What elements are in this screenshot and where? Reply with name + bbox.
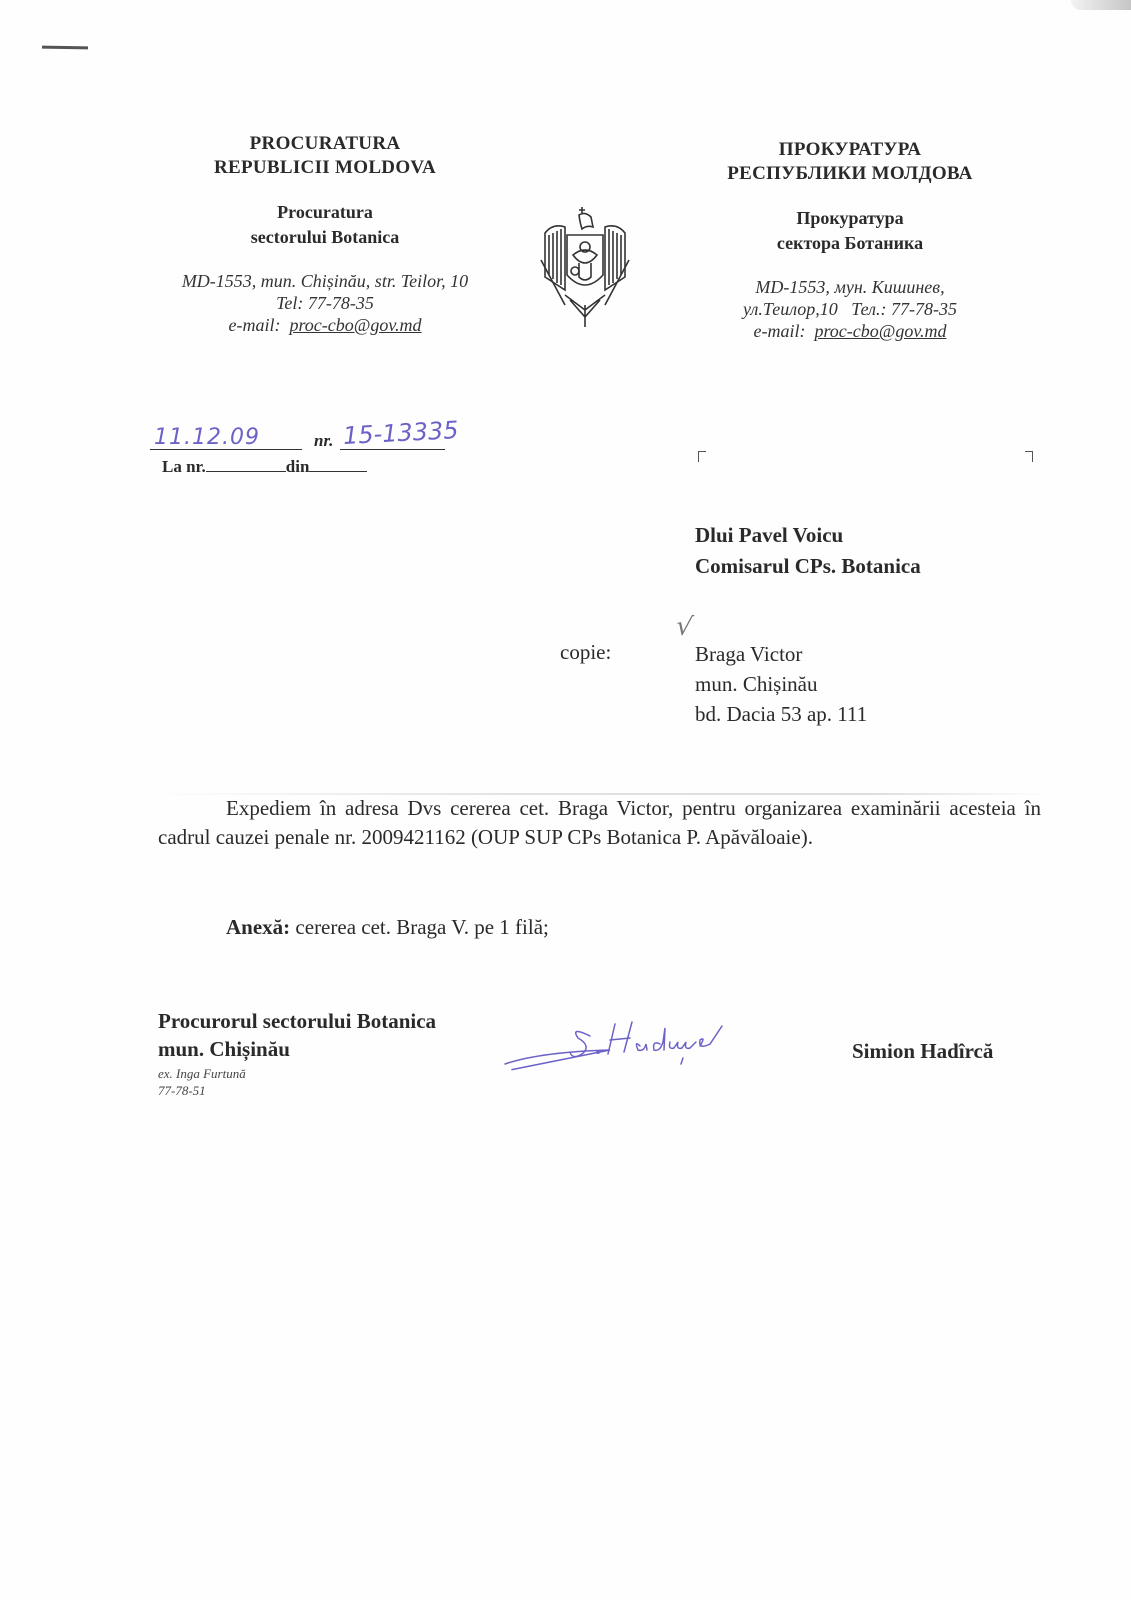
department-ru: Прокуратура сектора Ботаника bbox=[690, 206, 1010, 256]
header-russian: ПРОКУРАТУРА РЕСПУБЛИКИ МОЛДОВА Прокурату… bbox=[690, 138, 1010, 342]
handwritten-reg-number: 15-13335 bbox=[342, 416, 459, 450]
address-ru-line1: MD-1553, мун. Кишинев, bbox=[690, 276, 1010, 298]
la-nr-blank bbox=[206, 455, 286, 472]
handwritten-date: 11.12.09 bbox=[154, 425, 260, 450]
din-blank bbox=[309, 455, 367, 472]
body-paragraph: Expediem în adresa Dvs cererea cet. Brag… bbox=[158, 794, 1041, 852]
address-ru-line2: ул.Теилор,10 Тел.: 77-78-35 bbox=[690, 298, 1010, 320]
addressee: Dlui Pavel Voicu Comisarul CPs. Botanica bbox=[695, 520, 921, 582]
copy-label: copie: bbox=[560, 640, 611, 665]
scan-corner-shadow bbox=[1071, 0, 1131, 10]
signer-title: Procurorul sectorului Botanica mun. Chiș… bbox=[158, 1007, 436, 1063]
phone-ro: Tel: 77-78-35 bbox=[140, 292, 510, 314]
institution-title-ro: PROCURATURA REPUBLICII MOLDOVA bbox=[140, 132, 510, 180]
annex-line: Anexă: cererea cet. Braga V. pe 1 filă; bbox=[226, 915, 549, 940]
address-ro: MD-1553, mun. Chișinău, str. Teilor, 10 bbox=[140, 270, 510, 292]
reference-block: 11.12.09 nr. 15-13335 La nr.din bbox=[150, 425, 500, 479]
copy-recipient-name: Braga Victor bbox=[695, 639, 867, 669]
date-underline bbox=[150, 449, 302, 450]
address-corner-mark-right bbox=[1025, 451, 1033, 462]
handwritten-signature-icon bbox=[500, 1016, 740, 1076]
annex-label: Anexă: bbox=[226, 915, 290, 939]
coat-of-arms-icon bbox=[535, 205, 635, 330]
address-corner-mark-left bbox=[698, 451, 706, 462]
executor-info: ex. Inga Furtună 77-78-51 bbox=[158, 1065, 246, 1099]
executor-name: ex. Inga Furtună bbox=[158, 1065, 246, 1082]
copy-recipient-street: bd. Dacia 53 ap. 111 bbox=[695, 699, 867, 729]
addressee-name: Dlui Pavel Voicu bbox=[695, 520, 921, 551]
scan-artifact-mark bbox=[42, 46, 88, 50]
email-link-ru[interactable]: proc-cbo@gov.md bbox=[814, 321, 946, 341]
checkmark-icon: √ bbox=[674, 611, 695, 643]
in-reply-to-line: La nr.din bbox=[162, 455, 500, 479]
nr-label: nr. bbox=[314, 431, 333, 451]
header-romanian: PROCURATURA REPUBLICII MOLDOVA Procuratu… bbox=[140, 132, 510, 336]
executor-phone: 77-78-51 bbox=[158, 1082, 246, 1099]
addressee-title: Comisarul CPs. Botanica bbox=[695, 551, 921, 582]
email-link-ro[interactable]: proc-cbo@gov.md bbox=[289, 315, 421, 335]
copy-recipient-city: mun. Chișinău bbox=[695, 669, 867, 699]
institution-title-ru: ПРОКУРАТУРА РЕСПУБЛИКИ МОЛДОВА bbox=[690, 138, 1010, 186]
copy-recipient: Braga Victor mun. Chișinău bd. Dacia 53 … bbox=[695, 639, 867, 729]
contact-ru: MD-1553, мун. Кишинев, ул.Теилор,10 Тел.… bbox=[690, 276, 1010, 342]
contact-ro: MD-1553, mun. Chișinău, str. Teilor, 10 … bbox=[140, 270, 510, 336]
signer-name: Simion Hadîrcă bbox=[852, 1039, 993, 1064]
annex-text: cererea cet. Braga V. pe 1 filă; bbox=[290, 915, 549, 939]
department-ro: Procuratura sectorului Botanica bbox=[140, 200, 510, 250]
